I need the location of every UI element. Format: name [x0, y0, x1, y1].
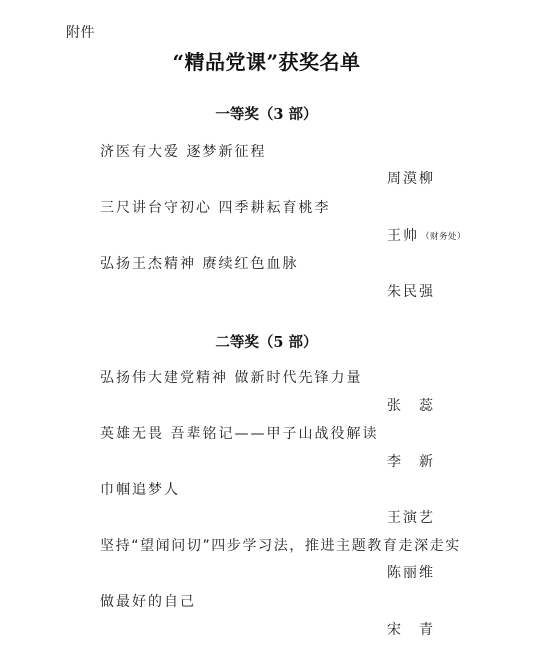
section-heading-first-prize: 一等奖（3 部）	[0, 103, 533, 124]
entry-author: 陈丽维	[387, 562, 435, 582]
section-heading-second-prize: 二等奖（5 部）	[0, 331, 533, 352]
entry-title: 三尺讲台守初心 四季耕耘育桃李	[100, 197, 330, 217]
author-name: 王帅	[387, 228, 419, 244]
entry-author: 张 蕊	[387, 395, 435, 415]
entry-title: 坚持“望闻问切”四步学习法，推进主题教育走深走实	[100, 535, 461, 555]
page-title: “精品党课”获奖名单	[0, 46, 533, 75]
entry-title: 弘扬伟大建党精神 做新时代先锋力量	[100, 367, 362, 387]
department-note: （财务处）	[421, 232, 466, 242]
entry-title: 巾帼追梦人	[100, 479, 180, 499]
entry-author: 王演艺	[387, 507, 435, 527]
entry-author: 李 新	[387, 451, 435, 471]
entry-title: 英雄无畏 吾辈铭记——甲子山战役解读	[100, 423, 378, 443]
entry-author: 朱民强	[387, 281, 435, 301]
entry-title: 济医有大爱 逐梦新征程	[100, 141, 266, 161]
entry-author: 王帅（财务处）	[387, 225, 466, 245]
entry-author: 宋 青	[387, 619, 435, 639]
attachment-label: 附件	[66, 22, 95, 42]
entry-title: 做最好的自己	[100, 591, 196, 611]
entry-author: 周漠柳	[387, 168, 435, 188]
entry-title: 弘扬王杰精神 赓续红色血脉	[100, 253, 298, 273]
